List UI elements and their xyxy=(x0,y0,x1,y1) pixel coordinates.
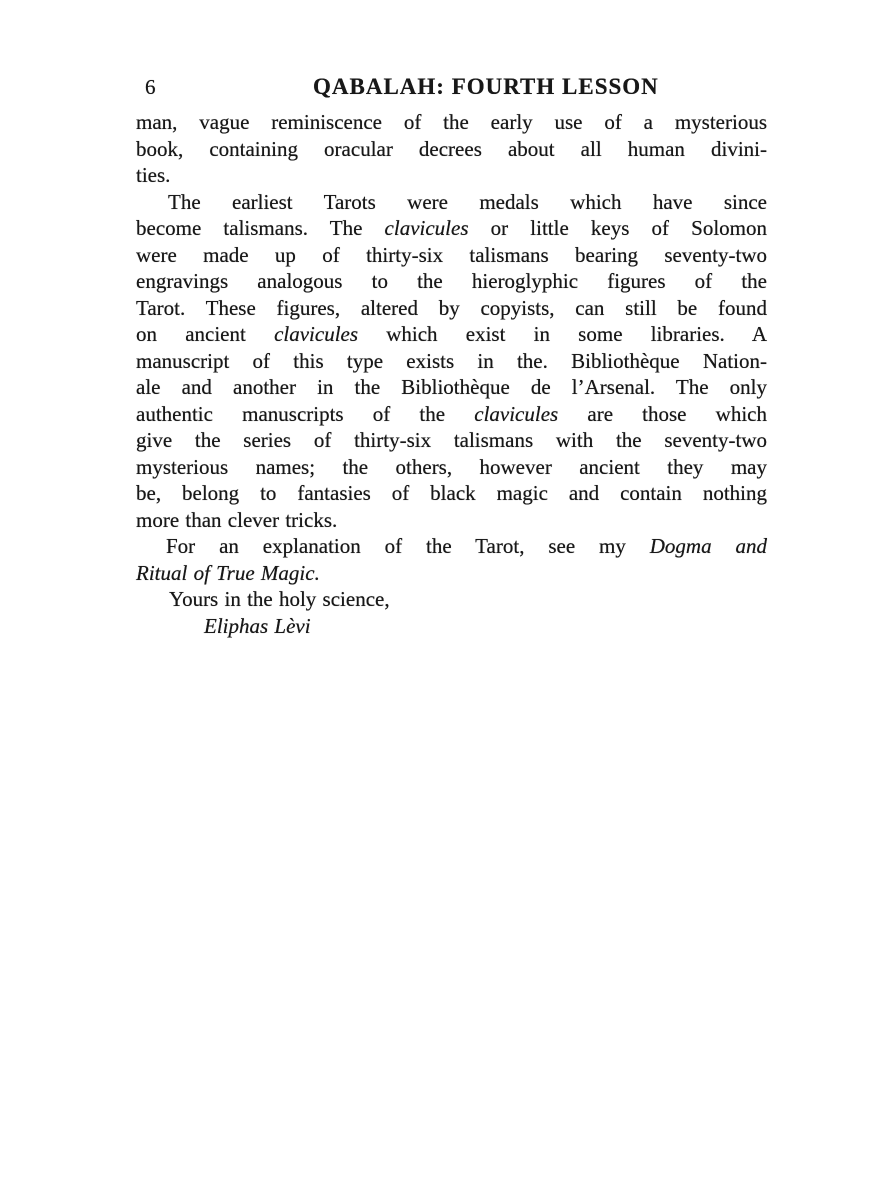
text-line: Eliphas Lèvi xyxy=(136,613,767,640)
text-line: man, vague reminiscence of the early use… xyxy=(136,109,767,136)
text-line: The earliest Tarots were medals which ha… xyxy=(136,189,767,216)
text-line: mysterious names; the others, however an… xyxy=(136,454,767,481)
text-line: be, belong to fantasies of black magic a… xyxy=(136,480,767,507)
text-segment: were made up of thirty-six talismans bea… xyxy=(136,243,767,267)
italic-text-segment: Dogma and xyxy=(650,534,767,558)
text-line: give the series of thirty-six talismans … xyxy=(136,427,767,454)
text-segment: become talismans. The xyxy=(136,216,385,240)
text-segment: be, belong to fantasies of black magic a… xyxy=(136,481,767,505)
text-segment: mysterious names; the others, however an… xyxy=(136,455,767,479)
text-segment: Yours in the holy science, xyxy=(169,587,390,611)
text-segment: manuscript of this type exists in the. B… xyxy=(136,349,767,373)
page-body: man, vague reminiscence of the early use… xyxy=(136,109,767,639)
italic-text-segment: clavicules xyxy=(474,402,558,426)
text-line: Tarot. These figures, altered by copyist… xyxy=(136,295,767,322)
running-header: QABALAH: FOURTH LESSON xyxy=(313,74,659,99)
text-line: manuscript of this type exists in the. B… xyxy=(136,348,767,375)
text-segment: or little keys of Solomon xyxy=(469,216,768,240)
text-segment: authentic manuscripts of the xyxy=(136,402,474,426)
page-number: 6 xyxy=(145,76,157,99)
text-segment: Tarot. These figures, altered by copyist… xyxy=(136,296,767,320)
text-line: become talismans. The clavicules or litt… xyxy=(136,215,767,242)
italic-text-segment: Eliphas Lèvi xyxy=(204,614,311,638)
text-segment: on ancient xyxy=(136,322,274,346)
text-segment: ties. xyxy=(136,163,170,187)
text-segment: give the series of thirty-six talismans … xyxy=(136,428,767,452)
text-segment: engravings analogous to the hieroglyphic… xyxy=(136,269,767,293)
text-line: Ritual of True Magic. xyxy=(136,560,767,587)
text-line: on ancient clavicules which exist in som… xyxy=(136,321,767,348)
text-segment: The earliest Tarots were medals which ha… xyxy=(168,190,767,214)
book-page: 6 QABALAH: FOURTH LESSON man, vague remi… xyxy=(0,0,893,1188)
text-segment: man, vague reminiscence of the early use… xyxy=(136,110,767,134)
italic-text-segment: clavicules xyxy=(274,322,358,346)
italic-text-segment: Ritual of True Magic. xyxy=(136,561,320,585)
text-line: authentic manuscripts of the clavicules … xyxy=(136,401,767,428)
text-line: were made up of thirty-six talismans bea… xyxy=(136,242,767,269)
text-line: ties. xyxy=(136,162,767,189)
italic-text-segment: clavicules xyxy=(385,216,469,240)
text-line: book, containing oracular decrees about … xyxy=(136,136,767,163)
text-line: For an explanation of the Tarot, see my … xyxy=(136,533,767,560)
text-line: Yours in the holy science, xyxy=(136,586,767,613)
text-segment: are those which xyxy=(558,402,767,426)
text-segment: ale and another in the Bibliothèque de l… xyxy=(136,375,767,399)
text-segment: which exist in some libraries. A xyxy=(358,322,767,346)
text-segment: more than clever tricks. xyxy=(136,508,337,532)
text-segment: book, containing oracular decrees about … xyxy=(136,137,767,161)
text-segment: For an explanation of the Tarot, see my xyxy=(166,534,650,558)
text-line: more than clever tricks. xyxy=(136,507,767,534)
text-line: ale and another in the Bibliothèque de l… xyxy=(136,374,767,401)
text-line: engravings analogous to the hieroglyphic… xyxy=(136,268,767,295)
